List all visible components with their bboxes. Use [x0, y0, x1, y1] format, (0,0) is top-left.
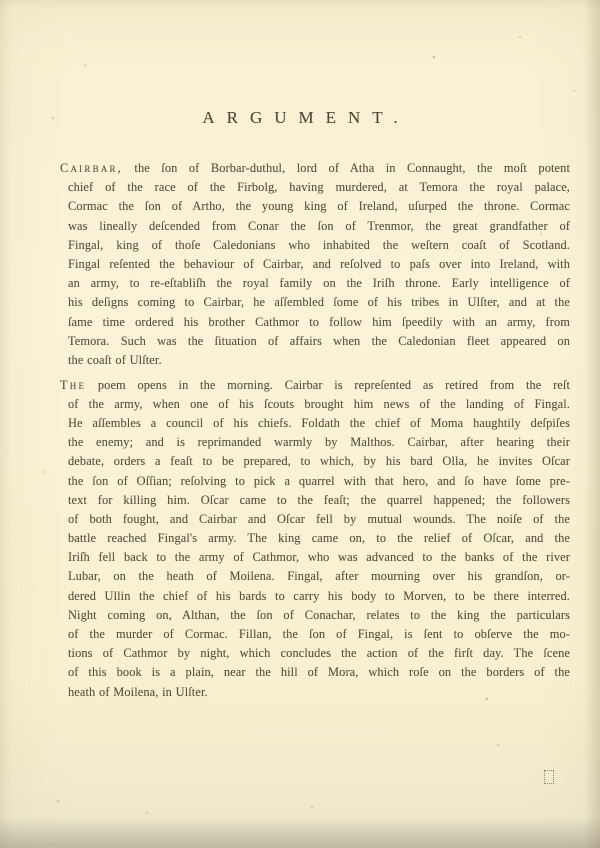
text-line: ſame time ordered his brother Cathmor to… [68, 313, 570, 332]
page-heading: ARGUMENT. [0, 0, 600, 128]
text-line: Fingal, king of thoſe Caledonians who in… [68, 236, 570, 255]
text-line: of both fought, and Cairbar and Oſcar fe… [68, 510, 570, 529]
paragraph-1: Cairbar, the ſon of Borbar-duthul, lord … [68, 159, 570, 370]
text-line: Iriſh fell back to the army of Cathmor, … [68, 548, 570, 567]
text-line: of the army, when one of his ſcouts brou… [68, 395, 570, 414]
text-line: tions of Cathmor by night, which conclud… [68, 644, 570, 663]
text-line: the coaſt of Ulſter. [68, 351, 570, 370]
text-line: battle reached Fingal's army. The king c… [68, 529, 570, 548]
text-line: Night coming on, Althan, the ſon of Cona… [68, 606, 570, 625]
text-line: the enemy; and is reprimanded warmly by … [68, 433, 570, 452]
text-line: his deſigns coming to Cairbar, he aſſemb… [68, 293, 570, 312]
text-line: He aſſembles a council of his chiefs. Fo… [68, 414, 570, 433]
text-line: dered Ullin the chief of his bards to ca… [68, 587, 570, 606]
argument-text: Cairbar, the ſon of Borbar-duthul, lord … [0, 159, 600, 702]
text-line: chief of the race of the Firbolg, having… [68, 178, 570, 197]
text-line: Lubar, on the heath of Moilena. Fingal, … [68, 567, 570, 586]
line-text: the ſon of Borbar-duthul, lord of Atha i… [134, 161, 570, 175]
text-line: text for killing him. Oſcar came to the … [68, 491, 570, 510]
lead-word: The [60, 378, 86, 392]
text-line: Cormac the ſon of Artho, the young king … [68, 197, 570, 216]
text-line: Fingal reſented the behaviour of Cairbar… [68, 255, 570, 274]
paragraph-2: The poem opens in the morning. Cairbar i… [68, 376, 570, 702]
text-line: an army, to re-eſtabliſh the royal famil… [68, 274, 570, 293]
printer-ornament-mark [544, 770, 554, 784]
line-text: poem opens in the morning. Cairbar is re… [98, 378, 570, 392]
text-line: of this book is a plain, near the hill o… [68, 663, 570, 682]
text-line: debate, orders a feaſt to be prepared, t… [68, 452, 570, 471]
text-line: was lineally deſcended from Conar the ſo… [68, 217, 570, 236]
text-line: heath of Moilena, in Ulſter. [68, 683, 570, 702]
text-line: of the murder of Cormac. Fillan, the ſon… [68, 625, 570, 644]
text-line: the ſon of Oſſian; reſolving to pick a q… [68, 472, 570, 491]
lead-word: Cairbar, [60, 161, 123, 175]
text-line: Temora. Such was the ſituation of affair… [68, 332, 570, 351]
text-line: Cairbar, the ſon of Borbar-duthul, lord … [60, 159, 570, 178]
book-page: ARGUMENT. Cairbar, the ſon of Borbar-dut… [0, 0, 600, 848]
text-line: The poem opens in the morning. Cairbar i… [60, 376, 570, 395]
